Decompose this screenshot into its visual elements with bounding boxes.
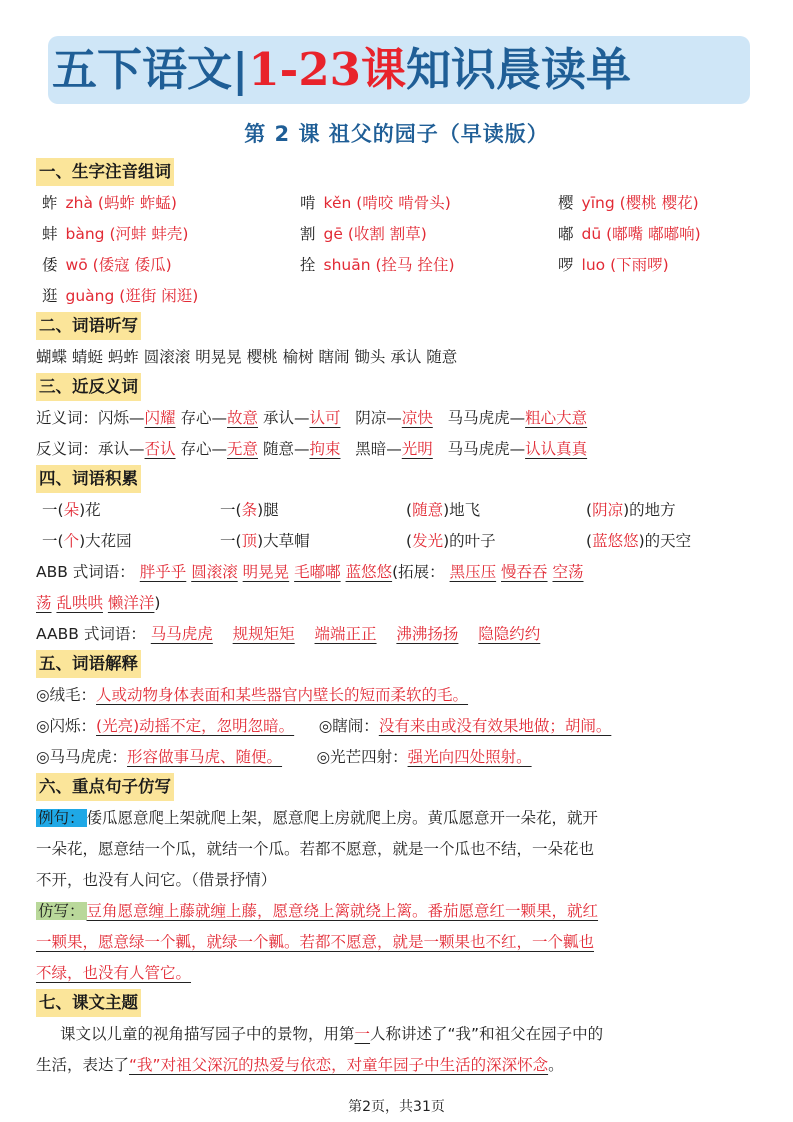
document-body: 一、生字注音组词 蚱zhà (蚂蚱 蚱蜢) 啃kěn (啃咬 啃骨头) 樱yīn… <box>36 158 758 1081</box>
definition-item: ◎绒毛：人或动物身体表面和某些器官内壁长的短而柔软的毛。 <box>36 680 758 711</box>
char-item: 蚱zhà (蚂蚱 蚱蜢) <box>36 188 294 219</box>
char-item: 啰luo (下雨啰) <box>552 250 758 281</box>
section-theme: 七、课文主题 课文以儿童的视角描写园子中的景物，用第一人称讲述了“我”和祖父在园… <box>36 989 758 1081</box>
phrase-item: (随意)地飞 <box>400 495 580 526</box>
phrase-item: (发光)的叶子 <box>400 526 580 557</box>
title-suffix: 知识晨读单 <box>406 43 631 96</box>
phrase-item: (蓝悠悠)的天空 <box>580 526 758 557</box>
definition-item: ◎马马虎虎：形容做事马虎、随便。 ◎光芒四射：强光向四处照射。 <box>36 742 758 773</box>
char-item: 啃kěn (啃咬 啃骨头) <box>294 188 552 219</box>
title-range: 1-23课 <box>248 43 406 96</box>
phrase-grid: 一(朵)花 一(条)腿 (随意)地飞 (阴凉)的地方 一(个)大花园 一(顶)大… <box>36 495 758 557</box>
lesson-subtitle: 第 2 课 祖父的园子（早读版） <box>0 118 793 148</box>
section-heading: 二、词语听写 <box>36 312 141 340</box>
char-item: 割gē (收割 割草) <box>294 219 552 250</box>
section-heading: 三、近反义词 <box>36 373 141 401</box>
char-item: 逛guàng (逛街 闲逛) <box>36 281 294 312</box>
synonyms-row: 近义词：闪烁—闪耀 存心—故意 承认—认可 阴凉—凉快 马马虎虎—粗心大意 <box>36 403 758 434</box>
theme-paragraph: 课文以儿童的视角描写园子中的景物，用第一人称讲述了“我”和祖父在园子中的 生活，… <box>36 1019 758 1081</box>
section-heading: 七、课文主题 <box>36 989 141 1017</box>
phrase-item: 一(朵)花 <box>36 495 214 526</box>
aabb-words-row: AABB 式词语： 马马虎虎 规规矩矩 端端正正 沸沸扬扬 隐隐约约 <box>36 619 758 650</box>
title-subject: 五下语文| <box>52 43 248 96</box>
page-indicator: 第2页，共31页 <box>0 1096 793 1116</box>
section-heading: 一、生字注音组词 <box>36 158 174 186</box>
char-item: 樱yīng (樱桃 樱花) <box>552 188 758 219</box>
page-title: 五下语文|1-23课知识晨读单 <box>52 36 631 104</box>
example-sentence: 例句：倭瓜愿意爬上架就爬上架，愿意爬上房就爬上房。黄瓜愿意开一朵花，就开 一朵花… <box>36 803 758 896</box>
char-item: 嘟dū (嘟嘴 嘟嘟响) <box>552 219 758 250</box>
char-item: 拴shuān (拴马 拴住) <box>294 250 552 281</box>
char-item: 倭wō (倭寇 倭瓜) <box>36 250 294 281</box>
phrase-item: 一(条)腿 <box>214 495 400 526</box>
dictation-words: 蝴蝶 蜻蜓 蚂蚱 圆滚滚 明晃晃 樱桃 榆树 瞎闹 锄头 承认 随意 <box>36 342 758 373</box>
section-heading: 五、词语解释 <box>36 650 141 678</box>
definition-item: ◎闪烁：(光亮)动摇不定，忽明忽暗。 ◎瞎闹：没有来由或没有效果地做；胡闹。 <box>36 711 758 742</box>
abb-words-row: ABB 式词语： 胖乎乎 圆滚滚 明晃晃 毛嘟嘟 蓝悠悠(拓展： 黑压压 慢吞吞… <box>36 557 758 588</box>
section-heading: 四、词语积累 <box>36 465 141 493</box>
section-definitions: 五、词语解释 ◎绒毛：人或动物身体表面和某些器官内壁长的短而柔软的毛。 ◎闪烁：… <box>36 650 758 773</box>
section-sentence-imitation: 六、重点句子仿写 例句：倭瓜愿意爬上架就爬上架，愿意爬上房就爬上房。黄瓜愿意开一… <box>36 773 758 989</box>
phrase-item: 一(个)大花园 <box>36 526 214 557</box>
example-tag: 例句： <box>36 809 87 827</box>
imitation-tag: 仿写： <box>36 902 87 920</box>
phrase-item: (阴凉)的地方 <box>580 495 758 526</box>
char-item: 蚌bàng (河蚌 蚌壳) <box>36 219 294 250</box>
section-synonyms-antonyms: 三、近反义词 近义词：闪烁—闪耀 存心—故意 承认—认可 阴凉—凉快 马马虎虎—… <box>36 373 758 465</box>
phrase-item: 一(顶)大草帽 <box>214 526 400 557</box>
abb-words-row-cont: 荡 乱哄哄 懒洋洋) <box>36 588 758 619</box>
antonyms-row: 反义词：承认—否认 存心—无意 随意—拘束 黑暗—光明 马马虎虎—认认真真 <box>36 434 758 465</box>
imitation-sentence: 仿写：豆角愿意缠上藤就缠上藤，愿意绕上篱就绕上篱。番茄愿意红一颗果，就红 一颗果… <box>36 896 758 989</box>
section-word-accumulation: 四、词语积累 一(朵)花 一(条)腿 (随意)地飞 (阴凉)的地方 一(个)大花… <box>36 465 758 650</box>
section-dictation: 二、词语听写 蝴蝶 蜻蜓 蚂蚱 圆滚滚 明晃晃 樱桃 榆树 瞎闹 锄头 承认 随… <box>36 312 758 373</box>
pinyin-grid: 蚱zhà (蚂蚱 蚱蜢) 啃kěn (啃咬 啃骨头) 樱yīng (樱桃 樱花)… <box>36 188 758 312</box>
section-characters: 一、生字注音组词 蚱zhà (蚂蚱 蚱蜢) 啃kěn (啃咬 啃骨头) 樱yīn… <box>36 158 758 312</box>
section-heading: 六、重点句子仿写 <box>36 773 174 801</box>
